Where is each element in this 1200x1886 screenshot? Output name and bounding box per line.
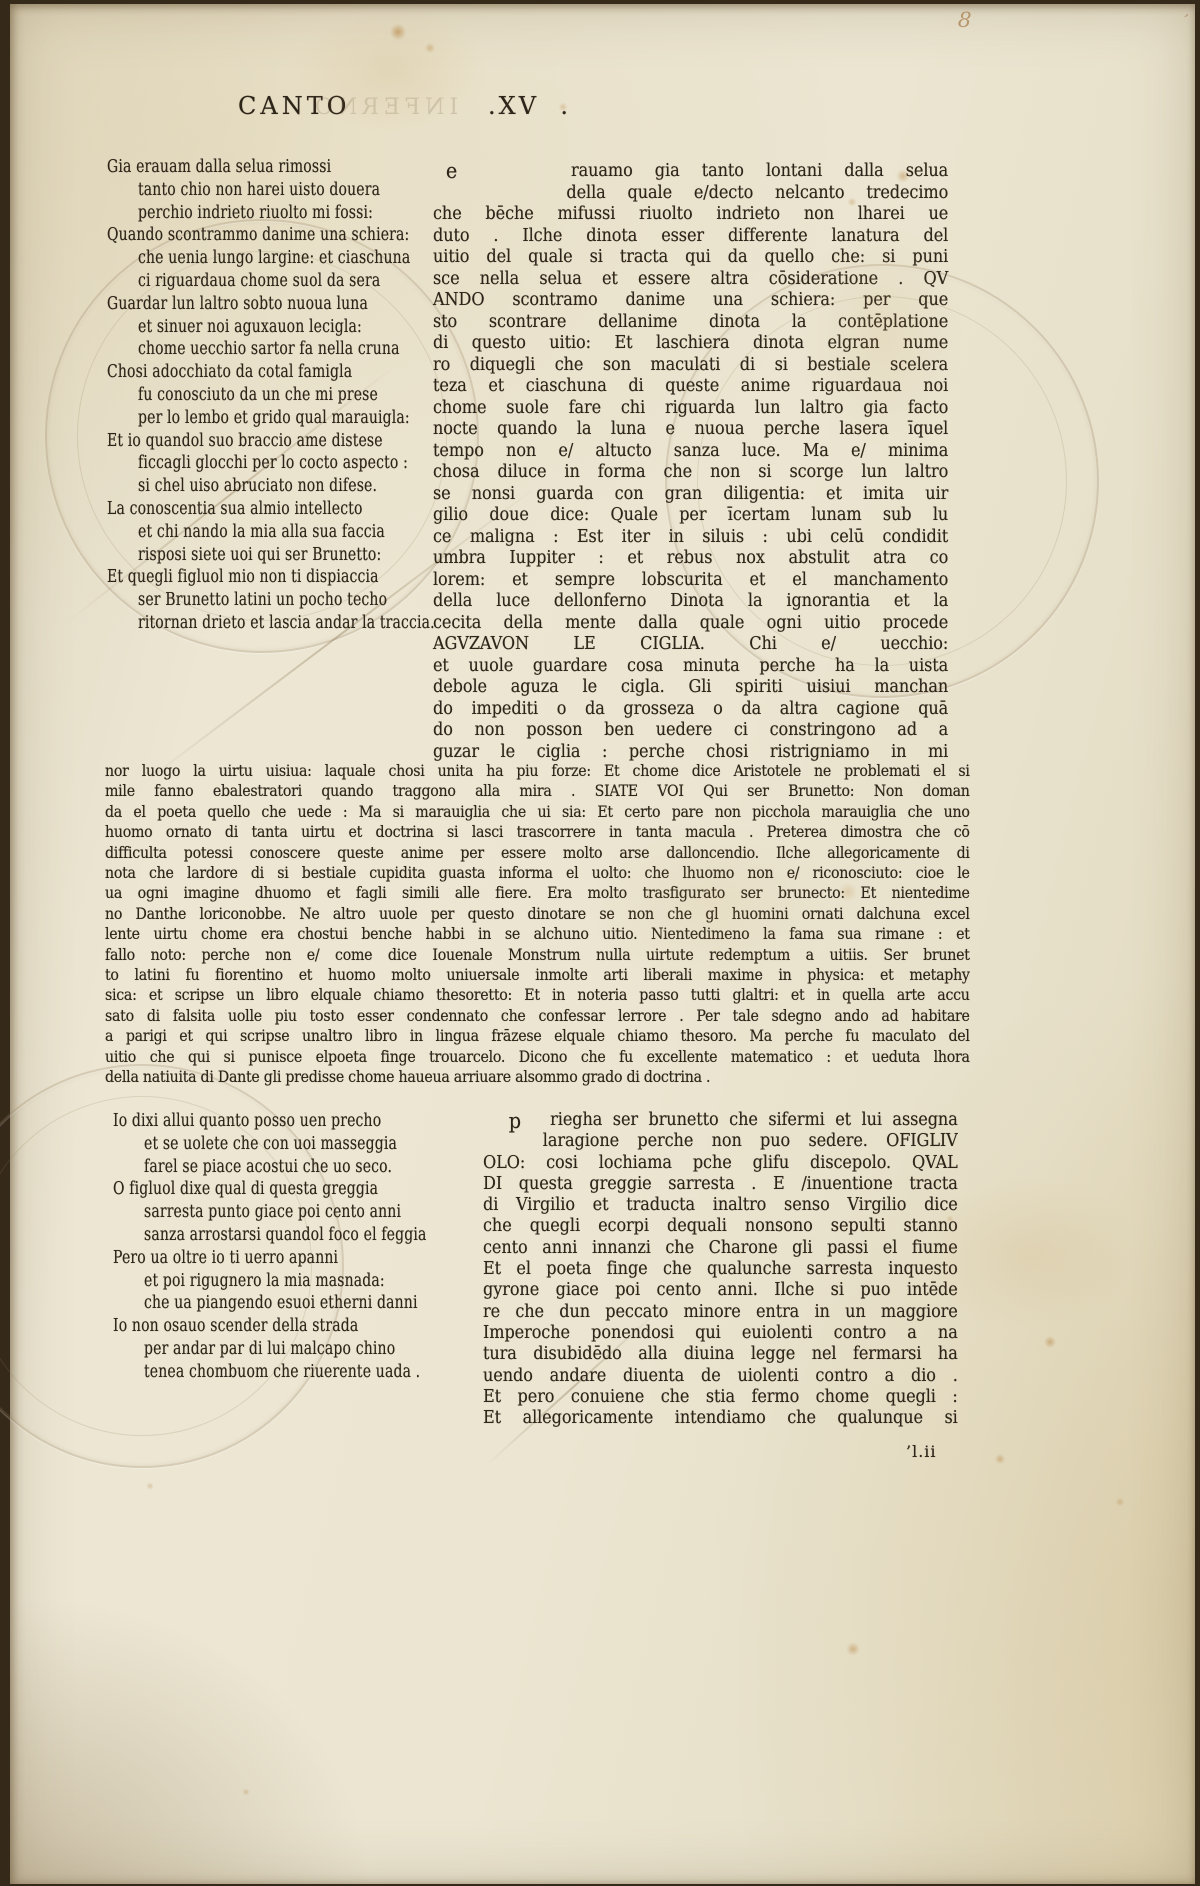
verse-line: Quando scontrammo danime una schiera:: [107, 224, 429, 247]
verse-line: et se uolete che con uoi masseggia: [144, 1133, 427, 1156]
commentary-line: laragione perche non puo sedere. OFIGLIV: [483, 1131, 958, 1152]
verse-line: tenea chombuom che riuerente uada .: [144, 1361, 427, 1384]
commentary-column-2: p riegha ser brunetto che sifermi et lui…: [483, 1110, 958, 1429]
commentary-line: che quegli ecorpi dequali nonsono sepult…: [483, 1216, 958, 1237]
commentary-line: guzar le ciglia : perche chosi ristrigni…: [433, 742, 948, 764]
commentary-line: Imperoche ponendosi qui euiolenti contro…: [483, 1323, 958, 1344]
commentary-line: riegha ser brunetto che sifermi et lui a…: [483, 1110, 958, 1131]
verse-line: Io non osauo scender della strada: [113, 1315, 420, 1338]
commentary-line: che bēche mifussi riuolto indrieto non l…: [433, 204, 948, 226]
commentary-line: Et el poeta finge che qualunche sarresta…: [483, 1259, 958, 1280]
verse-line: per andar par di lui malcapo chino: [144, 1338, 427, 1361]
commentary-line: nota che lardore di si bestiale cupidita…: [105, 863, 970, 883]
canto-number-dot: .: [560, 92, 571, 120]
commentary-line: to latini fu fiorentino et huomo molto u…: [105, 965, 970, 985]
commentary-line: della quale e/decto nelcanto tredecimo: [433, 183, 948, 205]
commentary-line: della natiuita di Dante gli predisse cho…: [105, 1067, 970, 1087]
verse-column-2: Io dixi allui quanto posso uen prechoet …: [113, 1110, 497, 1384]
commentary-line: gyrone giace poi cento anni. Ilche si pu…: [483, 1280, 958, 1301]
commentary-line: do non posson ben uedere ci constringono…: [433, 720, 948, 742]
verse-line: Et io quandol suo braccio ame distese: [107, 430, 429, 453]
commentary-line: sce nella selua et essere altra cōsidera…: [433, 269, 948, 291]
canto-number: .XV: [488, 92, 539, 120]
commentary-line: di questo uitio: Et laschiera dinota elg…: [433, 333, 948, 355]
verse-line: chome uecchio sartor fa nella cruna: [138, 338, 435, 361]
commentary-line: cecita della mente dalla quale ogni uiti…: [433, 613, 948, 635]
book-page: INFERNO CANTO .XV . 8 ’ Gia erauam dalla…: [10, 4, 1195, 1884]
running-head-canto-number: .XV .: [488, 92, 571, 120]
verse-line: Guardar lun laltro sobto nuoua luna: [107, 293, 429, 316]
commentary-line: teza et ciaschuna di queste anime riguar…: [433, 376, 948, 398]
verse-line: che uenia lungo largine: et ciaschuna: [138, 247, 435, 270]
commentary-line: umbra Iuppiter : et rebus nox abstulit a…: [433, 548, 948, 570]
verse-line: ritornan drieto et lascia andar la tracc…: [138, 612, 435, 635]
verse-line: La conoscentia sua almio intellecto: [107, 498, 429, 521]
commentary-line: debole aguza le cigla. Gli spiriti uisiu…: [433, 677, 948, 699]
verse-line: che ua piangendo esuoi etherni danni: [144, 1292, 427, 1315]
commentary-line: lorem: et sempre lobscurita et el mancha…: [433, 570, 948, 592]
folio-number-manuscript: 8: [957, 8, 972, 33]
verse-line: Gia erauam dalla selua rimossi: [107, 156, 429, 179]
commentary-line: OLO: cosi lochiama pche glifu discepolo.…: [483, 1153, 958, 1174]
verse-line: sanza arrostarsi quandol foco el feggia: [144, 1224, 427, 1247]
verse-line: ci riguardaua chome suol da sera: [138, 270, 435, 293]
commentary-line: da el poeta quello che uede : Ma si mara…: [105, 802, 970, 822]
commentary-line: ce maligna : Est iter in siluis : ubi ce…: [433, 527, 948, 549]
commentary-line: uendo andare diuenta de uiolenti contro …: [483, 1366, 958, 1387]
commentary-line: tura disubidēdo alla diuina legge nel fe…: [483, 1344, 958, 1365]
commentary-column-1: e rauamo gia tanto lontani dalla seluade…: [433, 161, 948, 763]
commentary-line: sto scontrare dellanime dinota la contēp…: [433, 312, 948, 334]
commentary-line: Et allegoricamente intendiamo che qualun…: [483, 1408, 958, 1429]
corner-pen-mark: ’: [1178, 10, 1191, 29]
book-scan: { "colors": { "paper": "#ebe5d1", "ink":…: [0, 0, 1200, 1886]
verse-line: O figluol dixe qual di questa greggia: [113, 1178, 420, 1201]
commentary-line: duto . Ilche dinota esser differente lan…: [433, 226, 948, 248]
verse-line: et sinuer noi aguxauon lecigla:: [138, 316, 435, 339]
commentary-line: nocte quando la luna e nuoua perche lase…: [433, 419, 948, 441]
verse-line: ser Brunetto latini un pocho techo: [138, 589, 435, 612]
running-head-canto: CANTO: [238, 92, 350, 120]
commentary-line: difficulta potessi conoscere queste anim…: [105, 843, 970, 863]
verse-line: Io dixi allui quanto posso uen precho: [113, 1110, 420, 1133]
commentary-line: DI questa greggie sarresta . E /inuentio…: [483, 1174, 958, 1195]
verse-line: ficcagli glocchi per lo cocto aspecto :: [138, 452, 435, 475]
commentary-line: sato di falsita uolle piu tosto esser co…: [105, 1006, 970, 1026]
commentary-line: Et pero conuiene che stia fermo chome qu…: [483, 1387, 958, 1408]
commentary-line: nor luogo la uirtu uisiua: laquale chosi…: [105, 761, 970, 781]
commentary-lines: rauamo gia tanto lontani dalla seluadell…: [433, 161, 948, 763]
commentary-line: ua ogni imagine dhuomo et fagli simili a…: [105, 883, 970, 903]
verse-line: et poi rigugnero la mia masnada:: [144, 1270, 427, 1293]
verse-line: farel se piace acostui che uo seco.: [144, 1156, 427, 1179]
commentary-line: et uuole guardare cosa minuta perche ha …: [433, 656, 948, 678]
verse-line: Et quegli figluol mio non ti dispiaccia: [107, 566, 429, 589]
commentary-line: huomo ornato di tanta uirtu et doctrina …: [105, 822, 970, 842]
quire-signature: ’l.ii: [906, 1442, 937, 1461]
commentary-line: ANDO scontramo danime una schiera: per q…: [433, 290, 948, 312]
running-head: INFERNO CANTO .XV .: [10, 92, 1195, 122]
commentary-line: no Danthe loriconobbe. Ne altro uuole pe…: [105, 904, 970, 924]
commentary-line: fallo noto: perche non e/ come dice Ioue…: [105, 945, 970, 965]
verse-line: perchio indrieto riuolto mi fossi:: [138, 202, 435, 225]
verse-line: Pero ua oltre io ti uerro apanni: [113, 1247, 420, 1270]
commentary-line: se nonsi guarda con gran diligentia: et …: [433, 484, 948, 506]
commentary-lines: riegha ser brunetto che sifermi et lui a…: [483, 1110, 958, 1429]
commentary-full-width-block: nor luogo la uirtu uisiua: laquale chosi…: [105, 761, 970, 1088]
verse-line: tanto chio non harei uisto douera: [138, 179, 435, 202]
commentary-line: cento anni innanzi che Charone gli passi…: [483, 1238, 958, 1259]
commentary-line: re che dun peccato minore entra in un ma…: [483, 1302, 958, 1323]
commentary-line: ro diquegli che son maculati di si besti…: [433, 355, 948, 377]
verse-line: et chi nando la mia alla sua faccia: [138, 521, 435, 544]
commentary-line: di Virgilio et traducta inaltro senso Vi…: [483, 1195, 958, 1216]
guide-initial-p: p: [509, 1111, 521, 1132]
commentary-line: chome suole fare chi riguarda lun laltro…: [433, 398, 948, 420]
commentary-line: tempo non e/ altucto sanza luce. Ma e/ m…: [433, 441, 948, 463]
commentary-line: gilio doue dice: Quale per īcertam lunam…: [433, 505, 948, 527]
verse-line: sarresta punto giace poi cento anni: [144, 1201, 427, 1224]
commentary-line: rauamo gia tanto lontani dalla selua: [433, 161, 948, 183]
verse-line: fu conosciuto da un che mi prese: [138, 384, 435, 407]
verse-line: Chosi adocchiato da cotal famigla: [107, 361, 429, 384]
commentary-line: sica: et scripse un libro elquale chiamo…: [105, 985, 970, 1005]
commentary-line: lente uirtu chome era chostui benche hab…: [105, 924, 970, 944]
commentary-line: della luce dellonferno Dinota la ignoran…: [433, 591, 948, 613]
guide-initial-e: e: [446, 161, 457, 183]
commentary-line: uitio del quale si tracta qui da quello …: [433, 247, 948, 269]
verse-line: per lo lembo et grido qual marauigla:: [138, 407, 435, 430]
commentary-line: AGVZAVON LE CIGLIA. Chi e/ uecchio:: [433, 634, 948, 656]
commentary-line: chosa diluce in forma che non si scorge …: [433, 462, 948, 484]
verse-line: si chel uiso abruciato non difese.: [138, 475, 435, 498]
commentary-line: do impediti o da grosseza o da altra cag…: [433, 699, 948, 721]
verse-line: risposi siete uoi qui ser Brunetto:: [138, 544, 435, 567]
commentary-line: mile fanno ebalestratori quando traggono…: [105, 781, 970, 801]
commentary-line: uitio che qui si punisce elpoeta finge t…: [105, 1047, 970, 1067]
commentary-line: a parigi et qui scripse unaltro libro in…: [105, 1026, 970, 1046]
